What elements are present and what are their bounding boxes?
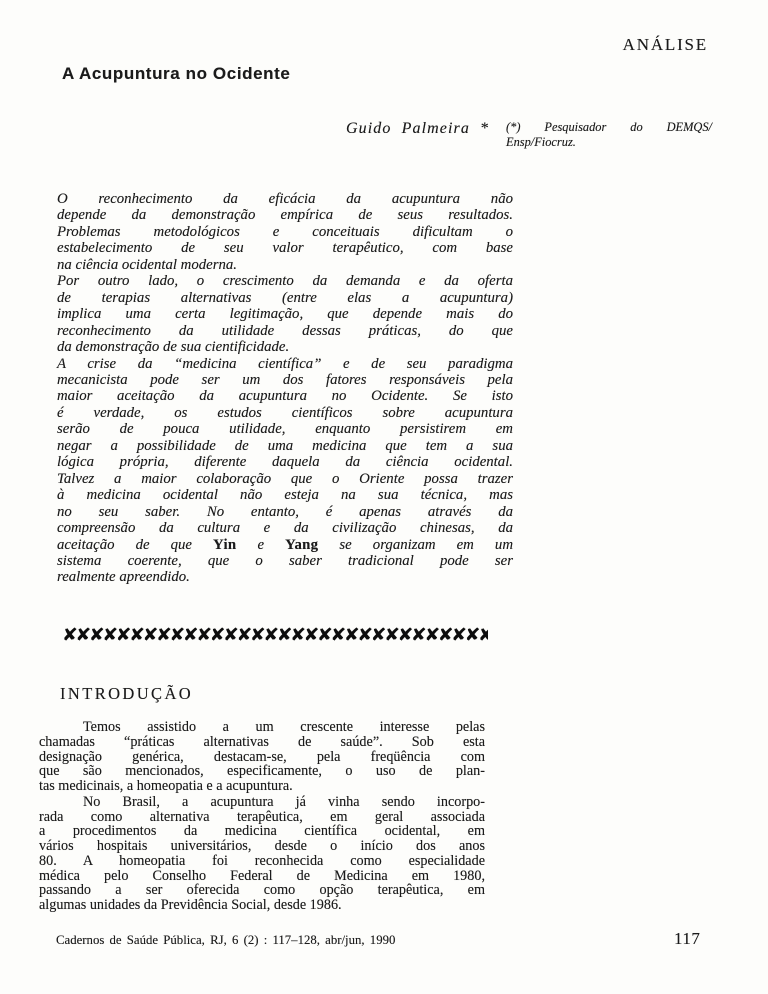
abstract-paragraph: O reconhecimento da eficácia da acupuntu… [57,191,513,273]
body-paragraph: Temos assistido a um crescente interesse… [39,720,485,794]
abstract-block: O reconhecimento da eficácia da acupuntu… [57,191,513,586]
journal-citation: Cadernos de Saúde Pública, RJ, 6 (2) : 1… [56,933,395,948]
ornamental-divider: ✘✘✘✘✘✘✘✘✘✘✘✘✘✘✘✘✘✘✘✘✘✘✘✘✘✘✘✘✘✘✘✘✘✘ [62,626,488,645]
page-number: 117 [674,929,700,949]
article-title: A Acupuntura no Ocidente [62,64,290,84]
abstract-paragraph: Por outro lado, o crescimento da demanda… [57,273,513,355]
scanned-article-page: ANÁLISE A Acupuntura no Ocidente Guido P… [0,0,768,994]
journal-section-label: ANÁLISE [623,35,708,55]
author-affiliation-footnote: (*) Pesquisador do DEMQS/Ensp/Fiocruz. [506,120,712,149]
abstract-paragraph: A crise da “medicina científica” e de se… [57,356,513,586]
body-paragraph: No Brasil, a acupuntura já vinha sendo i… [39,795,485,913]
introduction-body: Temos assistido a um crescente interesse… [39,720,485,914]
author-byline: Guido Palmeira * [346,120,489,138]
section-heading-introduction: INTRODUÇÃO [60,684,193,704]
